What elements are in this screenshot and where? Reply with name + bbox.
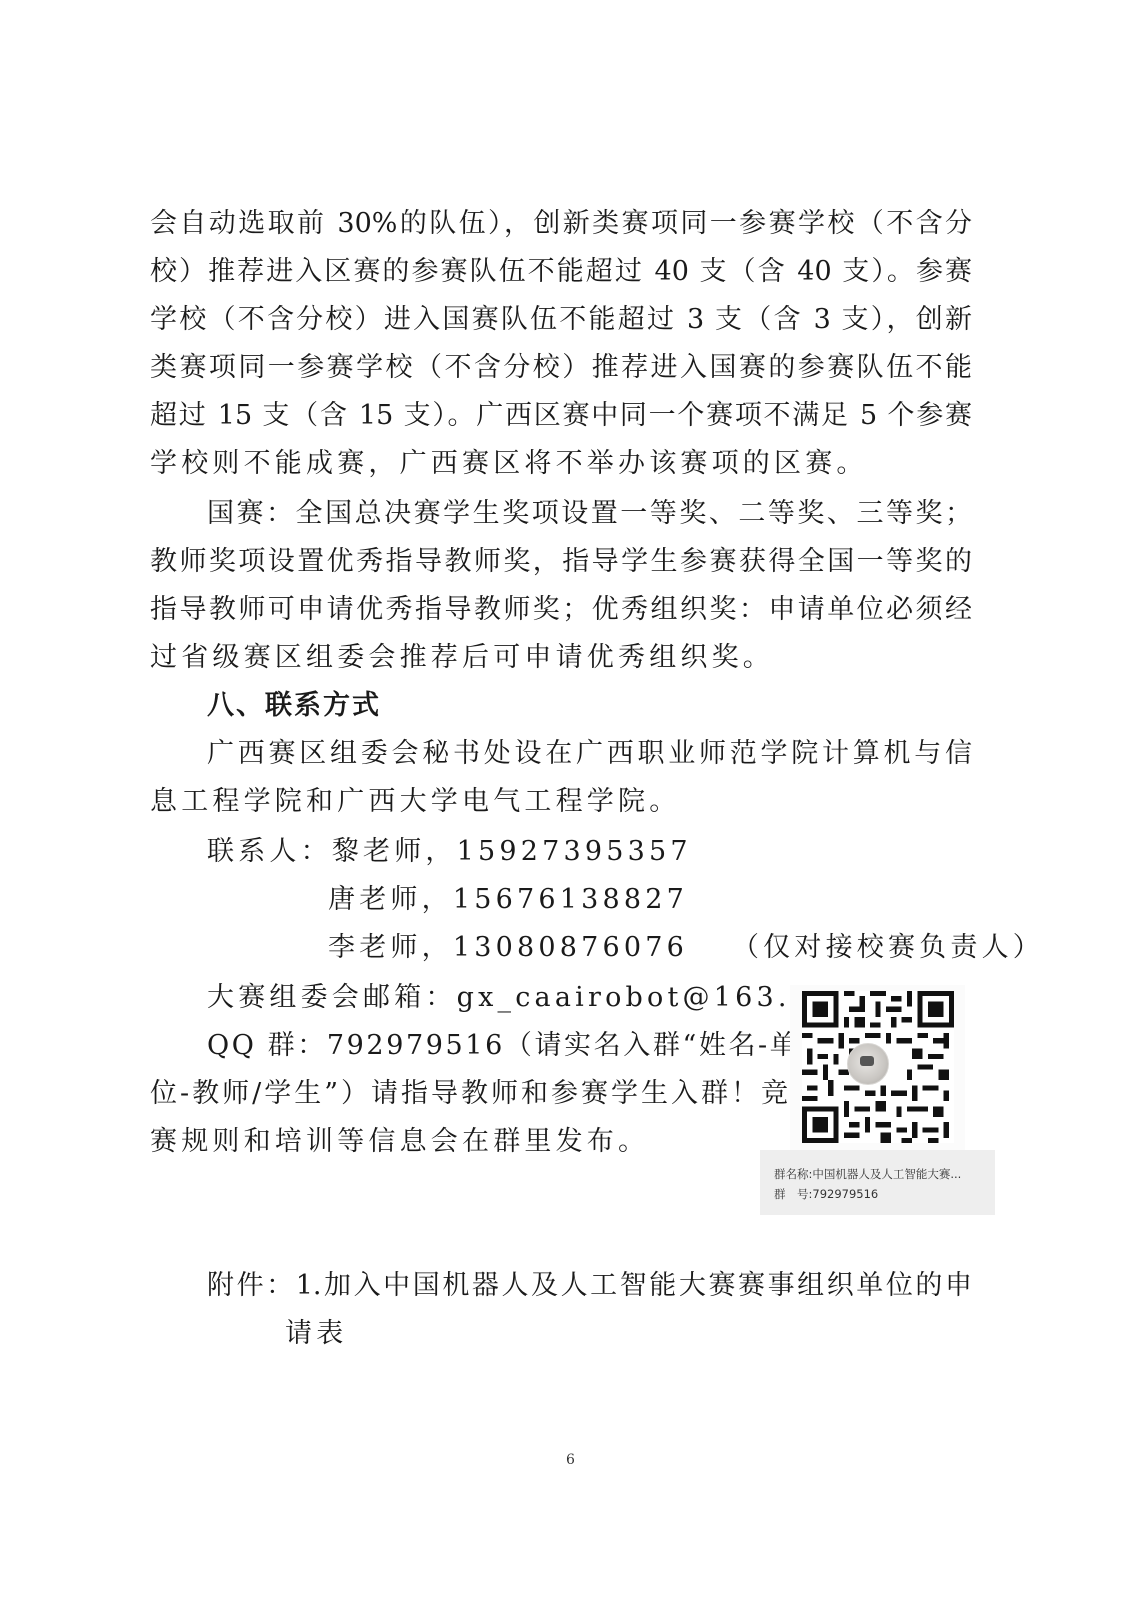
qq-group-name: 群名称:中国机器人及人工智能大赛... (774, 1166, 961, 1182)
paragraph-line: 会自动选取前 30%的队伍），创新类赛项同一参赛学校（不含分 (150, 204, 972, 244)
paragraph-line: 国赛：全国总决赛学生奖项设置一等奖、二等奖、三等奖； (207, 494, 972, 534)
contact-note: （仅对接校赛负责人） (732, 932, 1044, 963)
contact-phone: 15927395357 (457, 836, 692, 867)
email-label: 大赛组委会邮箱： (207, 982, 457, 1013)
paragraph-line: 广西赛区组委会秘书处设在广西职业师范学院计算机与信 (207, 734, 972, 774)
contact-line: 联系人：黎老师，15927395357 (207, 832, 972, 872)
contact-name: 唐老师， (328, 884, 453, 915)
contact-name: 黎老师， (332, 836, 457, 867)
qr-caption-card: 群名称:中国机器人及人工智能大赛... 群 号:792979516 (760, 1150, 995, 1215)
contact-phone: 13080876076 (453, 932, 688, 963)
paragraph-line: 学校（不含分校）进入国赛队伍不能超过 3 支（含 3 支），创新 (150, 300, 972, 340)
document-page: 会自动选取前 30%的队伍），创新类赛项同一参赛学校（不含分 校）推荐进入区赛的… (0, 0, 1141, 1614)
qq-group-qr-code (790, 985, 965, 1150)
page-number: 6 (0, 1452, 1141, 1468)
paragraph-line: 学校则不能成赛，广西赛区将不举办该赛项的区赛。 (150, 444, 972, 484)
paragraph-line: 教师奖项设置优秀指导教师奖，指导学生参赛获得全国一等奖的 (150, 542, 972, 582)
robot-avatar-icon (847, 1043, 889, 1085)
paragraph-line: 过省级赛区组委会推荐后可申请优秀组织奖。 (150, 638, 972, 678)
qq-group-number: 群 号:792979516 (774, 1186, 878, 1202)
attachment-line: 请表 (285, 1314, 1107, 1354)
paragraph-line: 息工程学院和广西大学电气工程学院。 (150, 782, 972, 822)
attachment-line: 附件：1.加入中国机器人及人工智能大赛赛事组织单位的申 (207, 1266, 972, 1306)
paragraph-line: 类赛项同一参赛学校（不含分校）推荐进入国赛的参赛队伍不能 (150, 348, 972, 388)
contact-label: 联系人： (207, 836, 332, 867)
contact-line: 唐老师，15676138827 (328, 880, 1141, 920)
paragraph-line: 校）推荐进入区赛的参赛队伍不能超过 40 支（含 40 支）。参赛 (150, 252, 972, 292)
contact-name: 李老师， (328, 932, 453, 963)
paragraph-line: 超过 15 支（含 15 支）。广西区赛中同一个赛项不满足 5 个参赛 (150, 396, 972, 436)
contact-line: 李老师，13080876076（仅对接校赛负责人） (328, 928, 1141, 968)
section-heading: 八、联系方式 (207, 686, 972, 726)
contact-phone: 15676138827 (453, 884, 688, 915)
paragraph-line: 指导教师可申请优秀指导教师奖；优秀组织奖：申请单位必须经 (150, 590, 972, 630)
